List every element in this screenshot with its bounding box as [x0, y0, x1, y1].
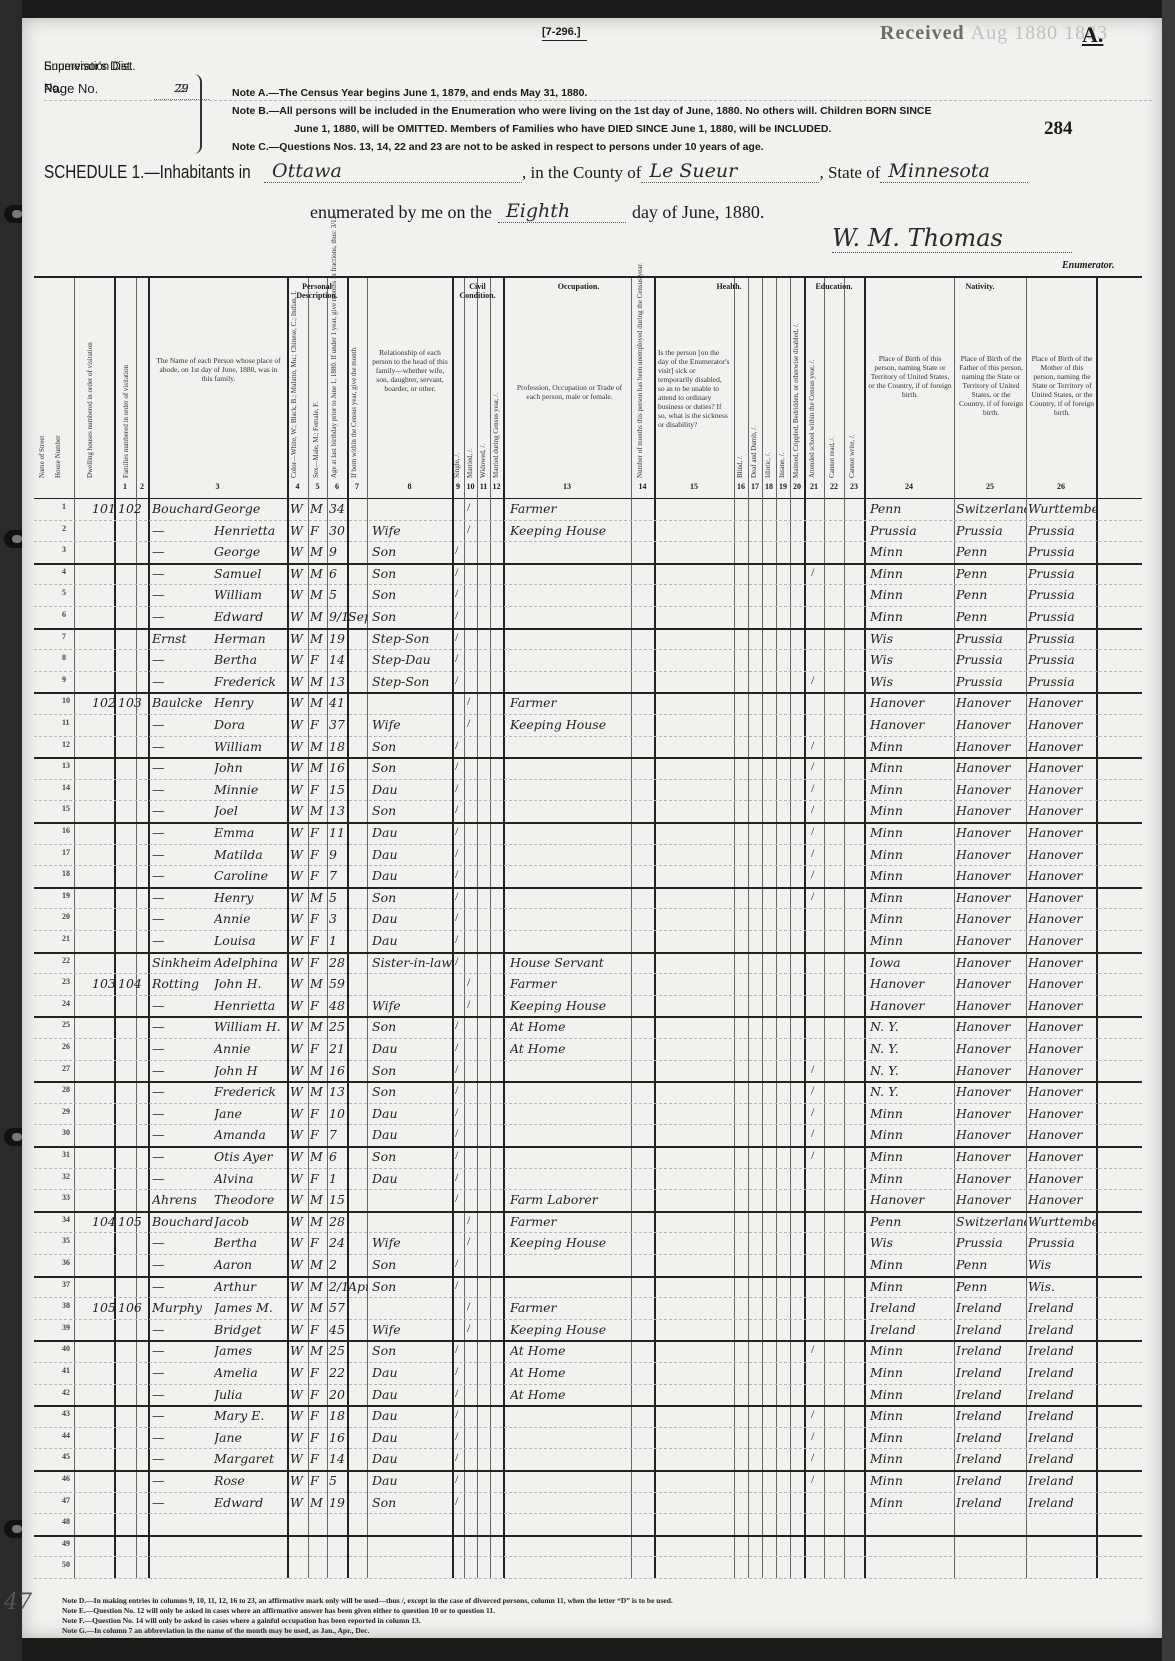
cell-given: Theodore — [214, 1191, 286, 1209]
cell-sex: M — [310, 1018, 327, 1036]
header-sex: Sex—Male, M.; Female, F. — [312, 308, 320, 478]
cell-given: Frederick — [214, 673, 286, 691]
cell-surname: — — [152, 1494, 214, 1512]
cell-mother: Ireland — [1028, 1364, 1096, 1382]
cell-rel: Son — [372, 802, 452, 820]
cell-dwelling: 103 — [92, 975, 114, 993]
column-number: 15 — [654, 482, 734, 491]
cell-birth: Minn — [870, 824, 952, 842]
cell-line: 39 — [62, 1323, 74, 1332]
cell-married: / — [467, 975, 477, 990]
census-table: Personal Description. Civil Condition. O… — [34, 276, 1142, 1576]
cell-given: Emma — [214, 824, 286, 842]
cell-given: Jane — [214, 1429, 286, 1447]
cell-father: Penn — [956, 586, 1026, 604]
table-row: 10102103BaulckeHenryWM41/FarmerHanoverHa… — [34, 692, 1142, 715]
cell-family: 105 — [118, 1213, 146, 1231]
cell-given: Henrietta — [214, 522, 286, 540]
cell-rel: Dau — [372, 1364, 452, 1382]
cell-rel: Dau — [372, 1170, 452, 1188]
cell-sex: M — [310, 1299, 327, 1317]
cell-birth: Minn — [870, 1429, 952, 1447]
cell-surname: — — [152, 1429, 214, 1447]
cell-color: W — [290, 543, 308, 561]
cell-mother: Hanover — [1028, 759, 1096, 777]
cell-line: 33 — [62, 1193, 74, 1202]
cell-line: 41 — [62, 1366, 74, 1375]
cell-father: Hanover — [956, 738, 1026, 756]
cell-line: 46 — [62, 1474, 74, 1483]
header-married: Married, /. — [466, 388, 474, 478]
cell-birth: Ireland — [870, 1299, 952, 1317]
cell-occupation: At Home — [510, 1040, 630, 1058]
cell-line: 43 — [62, 1409, 74, 1418]
cell-father: Prussia — [956, 630, 1026, 648]
cell-age: 13 — [329, 673, 349, 691]
table-row: 22SinkheimAdelphinaWF28Sister-in-law/Hou… — [34, 952, 1142, 975]
cell-rel: Dau — [372, 1450, 452, 1468]
schedule-title: SCHEDULE 1.—Inhabitants in — [44, 162, 231, 183]
cell-surname: — — [152, 824, 214, 842]
cell-single: / — [455, 738, 465, 753]
table-row: 47—EdwardWM19Son/MinnIrelandIreland — [34, 1492, 1142, 1515]
cell-color: W — [290, 673, 308, 691]
cell-sex: F — [310, 651, 327, 669]
cell-rel: Son — [372, 1018, 452, 1036]
cell-birth: Prussia — [870, 522, 952, 540]
cell-father: Hanover — [956, 1062, 1026, 1080]
cell-birth: Iowa — [870, 954, 952, 972]
cell-mother: Ireland — [1028, 1472, 1096, 1490]
cell-mother: Hanover — [1028, 1083, 1096, 1101]
cell-color: W — [290, 694, 308, 712]
cell-line: 25 — [62, 1020, 74, 1029]
cell-given: Jacob — [214, 1213, 286, 1231]
cell-line: 19 — [62, 891, 74, 900]
cell-father: Hanover — [956, 1148, 1026, 1166]
cell-rel: Dau — [372, 1040, 452, 1058]
cell-school: / — [811, 1062, 823, 1077]
table-row: 29—JaneWF10Dau//MinnHanoverHanover — [34, 1103, 1142, 1126]
cell-single: / — [455, 1450, 465, 1465]
column-number: 3 — [148, 482, 287, 491]
cell-line: 10 — [62, 696, 74, 705]
cell-father: Hanover — [956, 932, 1026, 950]
enumerator-label: Enumerator. — [1062, 260, 1115, 271]
cell-rel: Wife — [372, 1321, 452, 1339]
cell-single: / — [455, 1364, 465, 1379]
cell-age: 5 — [329, 1472, 349, 1490]
cell-mother: Wis — [1028, 1256, 1096, 1274]
table-row: 37—ArthurWM2/12AprSon/MinnPennWis. — [34, 1276, 1142, 1299]
cell-birth: Hanover — [870, 1191, 952, 1209]
cell-single: / — [455, 1126, 465, 1141]
cell-school: / — [811, 1105, 823, 1120]
cell-surname: — — [152, 932, 214, 950]
enumerator-signature: W. M. Thomas — [832, 224, 1072, 253]
table-row: 48 — [34, 1513, 1142, 1537]
cell-mother: Ireland — [1028, 1494, 1096, 1512]
table-row: 5—WilliamWM5Son/MinnPennPrussia — [34, 584, 1142, 607]
cell-color: W — [290, 1213, 308, 1231]
cell-mother: Hanover — [1028, 1191, 1096, 1209]
cell-rel: Son — [372, 1342, 452, 1360]
header-sickness: Is the person [on the day of the Enumera… — [658, 348, 730, 429]
cell-married: / — [467, 997, 477, 1012]
cell-mother: Hanover — [1028, 997, 1096, 1015]
cell-occupation: Farmer — [510, 500, 630, 518]
column-number: 21 — [804, 482, 824, 491]
cell-color: W — [290, 738, 308, 756]
cell-mother: Hanover — [1028, 1105, 1096, 1123]
cell-birth: Minn — [870, 738, 952, 756]
table-row: 42—JuliaWF20Dau/At HomeMinnIrelandIrelan… — [34, 1384, 1142, 1408]
cell-age: 34 — [329, 500, 349, 518]
cell-birth: Penn — [870, 1213, 952, 1231]
cell-sex: M — [310, 1494, 327, 1512]
cell-birth: Minn — [870, 1342, 952, 1360]
cell-father: Ireland — [956, 1450, 1026, 1468]
cell-birth: Minn — [870, 1407, 952, 1425]
cell-birth: Minn — [870, 1494, 952, 1512]
cell-line: 47 — [62, 1496, 74, 1505]
header-name: The Name of each Person whose place of a… — [156, 356, 281, 383]
cell-line: 35 — [62, 1236, 74, 1245]
cell-given: Annie — [214, 1040, 286, 1058]
cell-sex: F — [310, 997, 327, 1015]
cell-mother: Prussia — [1028, 543, 1096, 561]
table-row: 15—JoelWM13Son//MinnHanoverHanover — [34, 800, 1142, 824]
cell-father: Ireland — [956, 1472, 1026, 1490]
cell-father: Hanover — [956, 1083, 1026, 1101]
table-row: 11—DoraWF37Wife/Keeping HouseHanoverHano… — [34, 714, 1142, 737]
table-row: 27—John HWM16Son//N. Y.HanoverHanover — [34, 1060, 1142, 1084]
column-number: 23 — [844, 482, 864, 491]
cell-rel: Dau — [372, 1429, 452, 1447]
cell-rel: Dau — [372, 867, 452, 885]
header-dwelling: Dwelling houses numbered in order of vis… — [86, 298, 94, 478]
header-age: Age at last birthday prior to June 1, 18… — [330, 308, 338, 478]
table-row: 16—EmmaWF11Dau//MinnHanoverHanover — [34, 822, 1142, 845]
cell-father: Switzerland — [956, 1213, 1026, 1231]
cell-sex: M — [310, 1213, 327, 1231]
cell-line: 8 — [62, 653, 74, 662]
cell-father: Penn — [956, 543, 1026, 561]
column-number: 26 — [1026, 482, 1096, 491]
cell-mother: Prussia — [1028, 608, 1096, 626]
cell-single: / — [455, 1386, 465, 1401]
cell-single: / — [455, 586, 465, 601]
cell-school: / — [811, 565, 823, 580]
cell-surname: — — [152, 1105, 214, 1123]
cell-age: 5 — [329, 889, 349, 907]
table-row: 24—HenriettaWF48Wife/Keeping HouseHanove… — [34, 995, 1142, 1019]
cell-surname: — — [152, 1364, 214, 1382]
header-birth-mother: Place of Birth of the Mother of this per… — [1029, 354, 1095, 417]
table-row: 30—AmandaWF7Dau//MinnHanoverHanover — [34, 1124, 1142, 1148]
cell-line: 16 — [62, 826, 74, 835]
cell-line: 21 — [62, 934, 74, 943]
cell-rel: Son — [372, 1148, 452, 1166]
cell-mother: Hanover — [1028, 846, 1096, 864]
cell-father: Hanover — [956, 781, 1026, 799]
cell-birth: Minn — [870, 1364, 952, 1382]
cell-birth: Hanover — [870, 694, 952, 712]
cell-mother: Prussia — [1028, 651, 1096, 669]
cell-age: 20 — [329, 1386, 349, 1404]
column-number: 13 — [503, 482, 631, 491]
cell-surname: — — [152, 1018, 214, 1036]
cell-school: / — [811, 1083, 823, 1098]
cell-single: / — [455, 1083, 465, 1098]
cell-sex: F — [310, 1386, 327, 1404]
table-row: 28—FrederickWM13Son//N. Y.HanoverHanover — [34, 1081, 1142, 1104]
cell-given: Herman — [214, 630, 286, 648]
cell-color: W — [290, 1191, 308, 1209]
cell-mother: Hanover — [1028, 1148, 1096, 1166]
cell-occupation: Farmer — [510, 975, 630, 993]
cell-father: Ireland — [956, 1342, 1026, 1360]
header-occupation: Occupation. — [503, 282, 654, 291]
column-number: 8 — [367, 482, 452, 491]
cell-color: W — [290, 1407, 308, 1425]
table-row: 39—BridgetWF45Wife/Keeping HouseIrelandI… — [34, 1319, 1142, 1343]
cell-color: W — [290, 910, 308, 928]
table-row: 20—AnnieWF3Dau/MinnHanoverHanover — [34, 908, 1142, 931]
cell-color: W — [290, 975, 308, 993]
cell-father: Hanover — [956, 1105, 1026, 1123]
cell-surname: — — [152, 651, 214, 669]
cell-sex: M — [310, 1191, 327, 1209]
cell-surname: — — [152, 1126, 214, 1144]
cell-rel: Son — [372, 586, 452, 604]
cell-age: 22 — [329, 1364, 349, 1382]
cell-sex: M — [310, 543, 327, 561]
cell-rel: Son — [372, 1494, 452, 1512]
cell-surname: — — [152, 1342, 214, 1360]
cell-rel: Step-Son — [372, 673, 452, 691]
table-row: 6—EdwardWM9/12SepSon/MinnPennPrussia — [34, 606, 1142, 630]
cell-birth: Minn — [870, 1148, 952, 1166]
place-field: Ottawa — [264, 160, 522, 183]
cell-rel: Dau — [372, 1105, 452, 1123]
cell-school: / — [811, 802, 823, 817]
cell-occupation: Farmer — [510, 1213, 630, 1231]
cell-single: / — [455, 630, 465, 645]
cell-school: / — [811, 1472, 823, 1487]
cell-sex: F — [310, 1105, 327, 1123]
cell-color: W — [290, 1342, 308, 1360]
cell-birth: Minn — [870, 889, 952, 907]
cell-month: Sep — [348, 608, 368, 626]
cell-father: Hanover — [956, 716, 1026, 734]
column-number: 5 — [308, 482, 327, 491]
note-f: Note F.—Question No. 14 will only be ask… — [62, 1616, 673, 1626]
cell-age: 3 — [329, 910, 349, 928]
cell-surname: Rotting — [152, 975, 214, 993]
cell-surname: — — [152, 1148, 214, 1166]
table-row: 3—GeorgeWM9Son/MinnPennPrussia — [34, 541, 1142, 565]
table-row: 40—JamesWM25Son/At Home/MinnIrelandIrela… — [34, 1340, 1142, 1363]
cell-single: / — [455, 651, 465, 666]
header-cannot-read: Cannot read, /. — [828, 408, 836, 478]
cell-single: / — [455, 565, 465, 580]
column-number: 10 — [464, 482, 477, 491]
cell-age: 13 — [329, 802, 349, 820]
cell-mother: Hanover — [1028, 954, 1096, 972]
cell-age: 24 — [329, 1234, 349, 1252]
cell-father: Penn — [956, 565, 1026, 583]
cell-school: / — [811, 673, 823, 688]
cell-occupation: Keeping House — [510, 716, 630, 734]
header-health: Health. — [654, 282, 804, 291]
table-row: 14—MinnieWF15Dau//MinnHanoverHanover — [34, 779, 1142, 802]
cell-age: 45 — [329, 1321, 349, 1339]
cell-sex: M — [310, 1342, 327, 1360]
cell-dwelling: 105 — [92, 1299, 114, 1317]
cell-age: 6 — [329, 565, 349, 583]
cell-rel: Dau — [372, 1126, 452, 1144]
cell-surname: — — [152, 997, 214, 1015]
table-row: 26—AnnieWF21Dau/At HomeN. Y.HanoverHanov… — [34, 1038, 1142, 1061]
note-e: Note E.—Question No. 12 will only be ask… — [62, 1606, 673, 1616]
table-row: 45—MargaretWF14Dau//MinnIrelandIreland — [34, 1448, 1142, 1472]
cell-rel — [372, 500, 452, 518]
cell-color: W — [290, 1170, 308, 1188]
cell-mother: Ireland — [1028, 1321, 1096, 1339]
cell-color: W — [290, 1472, 308, 1490]
cell-color: W — [290, 1040, 308, 1058]
sheet-number: 284 — [1044, 118, 1073, 140]
cell-line: 6 — [62, 610, 74, 619]
cell-color: W — [290, 1234, 308, 1252]
schedule-line: SCHEDULE 1.—Inhabitants in Ottawa , in t… — [44, 160, 1028, 183]
column-number: 24 — [864, 482, 954, 491]
cell-father: Ireland — [956, 1429, 1026, 1447]
cell-age: 9/12 — [329, 608, 349, 626]
cell-surname: — — [152, 1083, 214, 1101]
cell-given: Bridget — [214, 1321, 286, 1339]
cell-married: / — [467, 1321, 477, 1336]
cell-age: 1 — [329, 932, 349, 950]
cell-birth: Minn — [870, 1256, 952, 1274]
cell-dwelling: 101 — [92, 500, 114, 518]
column-number: 25 — [954, 482, 1026, 491]
header-widowed: Widowed, /. — [479, 388, 487, 478]
table-row: 35—BerthaWF24Wife/Keeping HouseWisPrussi… — [34, 1232, 1142, 1255]
stamp-text: Received — [880, 22, 965, 44]
cell-surname: — — [152, 522, 214, 540]
cell-color: W — [290, 1386, 308, 1404]
cell-single: / — [455, 759, 465, 774]
cell-surname: — — [152, 1040, 214, 1058]
cell-occupation: Keeping House — [510, 1321, 630, 1339]
cell-color: W — [290, 867, 308, 885]
table-row: 8—BerthaWF14Step-Dau/WisPrussiaPrussia — [34, 649, 1142, 672]
cell-given: John H — [214, 1062, 286, 1080]
cell-age: 18 — [329, 738, 349, 756]
cell-sex: F — [310, 781, 327, 799]
cell-birth: N. Y. — [870, 1040, 952, 1058]
cell-sex: F — [310, 867, 327, 885]
header-cannot-write: Cannot write, /. — [848, 408, 856, 478]
cell-given: Amanda — [214, 1126, 286, 1144]
cell-sex: M — [310, 500, 327, 518]
cell-line: 4 — [62, 567, 74, 576]
cell-surname: Ernst — [152, 630, 214, 648]
cell-single: / — [455, 1105, 465, 1120]
cell-sex: F — [310, 824, 327, 842]
cell-rel: Dau — [372, 824, 452, 842]
cell-sex: F — [310, 716, 327, 734]
cell-father: Ireland — [956, 1407, 1026, 1425]
cell-family: 104 — [118, 975, 146, 993]
cell-given: Aaron — [214, 1256, 286, 1274]
cell-given: Mary E. — [214, 1407, 286, 1425]
cell-dwelling: 102 — [92, 694, 114, 712]
header-deaf: Deaf and Dumb, /. — [750, 398, 758, 478]
header-single: Single, /. — [453, 388, 461, 478]
cell-mother: Wis. — [1028, 1278, 1096, 1296]
cell-birth: Minn — [870, 1126, 952, 1144]
cell-school: / — [811, 846, 823, 861]
cell-mother: Hanover — [1028, 738, 1096, 756]
cell-color: W — [290, 824, 308, 842]
cell-mother: Hanover — [1028, 1018, 1096, 1036]
cell-rel: Dau — [372, 846, 452, 864]
column-number: 12 — [490, 482, 503, 491]
table-row: 49 — [34, 1535, 1142, 1558]
note-d: Note D.—In making entries in columns 9, … — [62, 1596, 673, 1606]
cell-given: Caroline — [214, 867, 286, 885]
cell-given: Rose — [214, 1472, 286, 1490]
note-b-cont: June 1, 1880, will be OMITTED. Members o… — [232, 120, 932, 138]
cell-age: 15 — [329, 1191, 349, 1209]
cell-rel: Dau — [372, 1407, 452, 1425]
cell-sex: M — [310, 1278, 327, 1296]
cell-birth: Minn — [870, 867, 952, 885]
cell-surname: — — [152, 716, 214, 734]
cell-mother: Prussia — [1028, 1234, 1096, 1252]
cell-sex: M — [310, 1256, 327, 1274]
cell-father: Penn — [956, 1256, 1026, 1274]
cell-birth: Minn — [870, 1450, 952, 1468]
cell-birth: Minn — [870, 1386, 952, 1404]
cell-given: Frederick — [214, 1083, 286, 1101]
cell-color: W — [290, 802, 308, 820]
header-education: Education. — [804, 282, 864, 291]
cell-color: W — [290, 1278, 308, 1296]
cell-line: 7 — [62, 632, 74, 641]
day-field: Eighth — [498, 200, 626, 223]
cell-color: W — [290, 1450, 308, 1468]
binder-edge-right — [1162, 0, 1175, 1661]
cell-school: / — [811, 867, 823, 882]
cell-given: William H. — [214, 1018, 286, 1036]
cell-single: / — [455, 1494, 465, 1509]
cell-color: W — [290, 759, 308, 777]
cell-sex: M — [310, 975, 327, 993]
cell-surname: — — [152, 781, 214, 799]
cell-given: Julia — [214, 1386, 286, 1404]
cell-line: 42 — [62, 1388, 74, 1397]
table-row: 12—WilliamWM18Son//MinnHanoverHanover — [34, 736, 1142, 760]
cell-sex: F — [310, 1429, 327, 1447]
cell-age: 10 — [329, 1105, 349, 1123]
column-number: 9 — [452, 482, 464, 491]
cell-surname: Bouchard — [152, 1213, 214, 1231]
cell-age: 25 — [329, 1018, 349, 1036]
